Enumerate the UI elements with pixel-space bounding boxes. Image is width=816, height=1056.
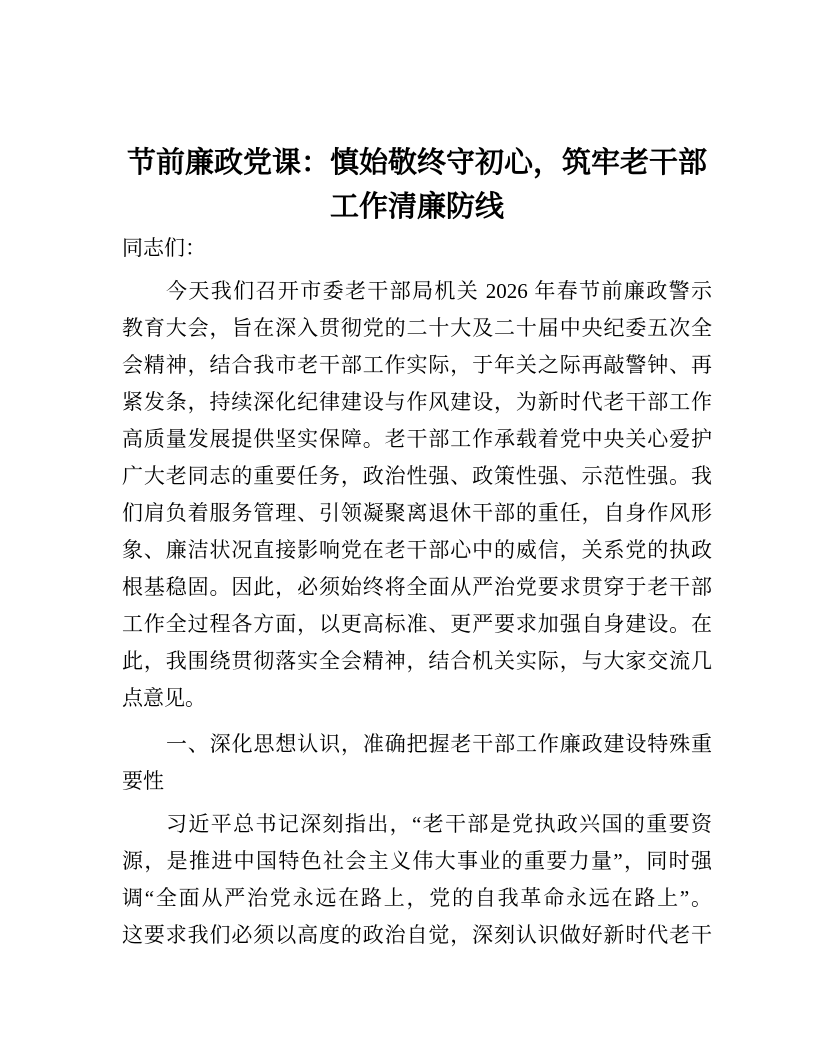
document-body: 同志们：今天我们召开市委老干部局机关 2026 年春节前廉政警示教育大会，旨在深…: [122, 230, 712, 954]
text-line: 此，我围绕贯彻落实全会精神，结合机关实际，与大家交流几: [122, 643, 712, 680]
document-title: 节前廉政党课：慎始敬终守初心，筑牢老干部 工作清廉防线: [122, 0, 712, 229]
section-heading: 一、深化思想认识，准确把握老干部工作廉政建设特殊重要性: [122, 726, 712, 800]
document-title-line: 工作清廉防线: [122, 185, 712, 229]
text-line: 教育大会，旨在深入贯彻党的二十大及二十届中央纪委五次全: [122, 310, 712, 347]
text-line: 调“全面从严治党永远在路上，党的自我革命永远在路上”。: [122, 880, 712, 917]
text-line: 广大老同志的重要任务，政治性强、政策性强、示范性强。我: [122, 458, 712, 495]
text-line: 同志们：: [122, 230, 712, 267]
text-line: 这要求我们必须以高度的政治自觉，深刻认识做好新时代老干: [122, 917, 712, 954]
text-line: 今天我们召开市委老干部局机关 2026 年春节前廉政警示: [122, 273, 712, 310]
text-line: 紧发条，持续深化纪律建设与作风建设，为新时代老干部工作: [122, 384, 712, 421]
text-line: 点意见。: [122, 680, 712, 717]
paragraph: 习近平总书记深刻指出，“老干部是党执政兴国的重要资源，是推进中国特色社会主义伟大…: [122, 806, 712, 954]
document-page: 节前廉政党课：慎始敬终守初心，筑牢老干部 工作清廉防线 同志们：今天我们召开市委…: [0, 0, 816, 1056]
text-line: 象、廉洁状况直接影响党在老干部心中的威信，关系党的执政: [122, 532, 712, 569]
text-line: 高质量发展提供坚实保障。老干部工作承载着党中央关心爱护: [122, 421, 712, 458]
text-line: 一、深化思想认识，准确把握老干部工作廉政建设特殊重: [122, 726, 712, 763]
text-line: 们肩负着服务管理、引领凝聚离退休干部的重任，自身作风形: [122, 495, 712, 532]
paragraph: 今天我们召开市委老干部局机关 2026 年春节前廉政警示教育大会，旨在深入贯彻党…: [122, 273, 712, 717]
document-title-line: 节前廉政党课：慎始敬终守初心，筑牢老干部: [122, 141, 712, 185]
text-line: 要性: [122, 763, 712, 800]
text-line: 工作全过程各方面，以更高标准、更严要求加强自身建设。在: [122, 606, 712, 643]
salutation: 同志们：: [122, 230, 712, 267]
text-line: 源，是推进中国特色社会主义伟大事业的重要力量”，同时强: [122, 843, 712, 880]
text-line: 会精神，结合我市老干部工作实际，于年关之际再敲警钟、再: [122, 347, 712, 384]
text-line: 习近平总书记深刻指出，“老干部是党执政兴国的重要资: [122, 806, 712, 843]
text-line: 根基稳固。因此，必须始终将全面从严治党要求贯穿于老干部: [122, 569, 712, 606]
